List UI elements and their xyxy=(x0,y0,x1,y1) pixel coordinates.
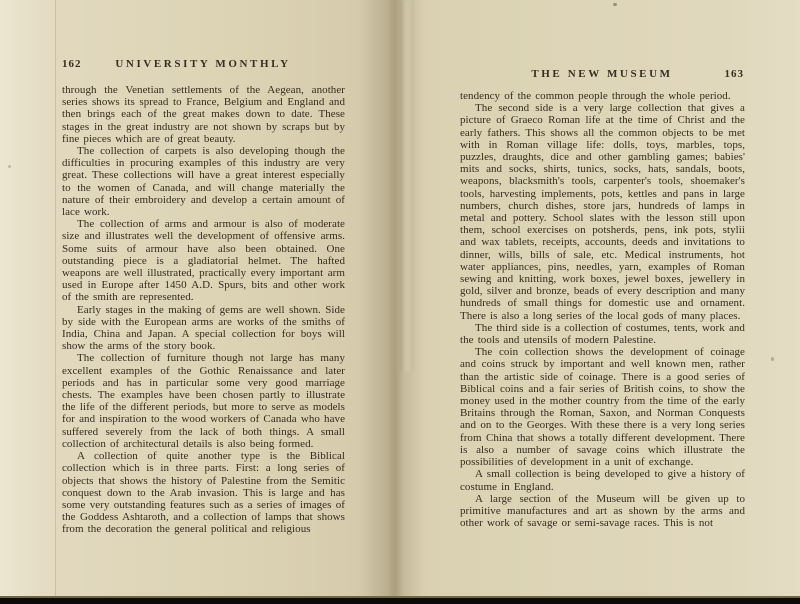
paper-speck xyxy=(8,165,11,168)
paragraph: The collection of arms and armour is als… xyxy=(62,218,345,303)
right-page-number: 163 xyxy=(725,68,745,80)
paper-speck xyxy=(613,3,617,6)
left-running-title: UNIVERSITY MONTHLY xyxy=(62,58,344,70)
book-spread: 162 UNIVERSITY MONTHLY through the Venet… xyxy=(0,0,800,604)
right-running-head: THE NEW MUSEUM 163 xyxy=(460,68,744,82)
paragraph: The second side is a very large collecti… xyxy=(460,102,745,322)
paragraph: The coin collection shows the developmen… xyxy=(460,346,745,468)
paper-speck xyxy=(771,357,774,361)
right-running-title: THE NEW MUSEUM xyxy=(460,68,744,80)
paragraph: The third side is a collection of costum… xyxy=(460,322,745,346)
scan-bottom-edge xyxy=(0,596,800,604)
paragraph: The collection of carpets is also develo… xyxy=(62,145,345,218)
paragraph: A collection of quite another type is th… xyxy=(62,450,345,535)
paragraph: A large section of the Museum will be gi… xyxy=(460,493,745,530)
paragraph: A small collection is being developed to… xyxy=(460,468,745,492)
left-running-head: 162 UNIVERSITY MONTHLY xyxy=(62,58,344,72)
paragraph: Early stages in the making of gems are w… xyxy=(62,304,345,353)
paragraph: through the Venetian settlements of the … xyxy=(62,84,345,145)
paragraph: tendency of the common people through th… xyxy=(460,90,745,102)
left-page-text: through the Venetian settlements of the … xyxy=(62,84,345,536)
paragraph: The collection of furniture though not l… xyxy=(62,352,345,450)
right-page-text: tendency of the common people through th… xyxy=(460,90,745,529)
